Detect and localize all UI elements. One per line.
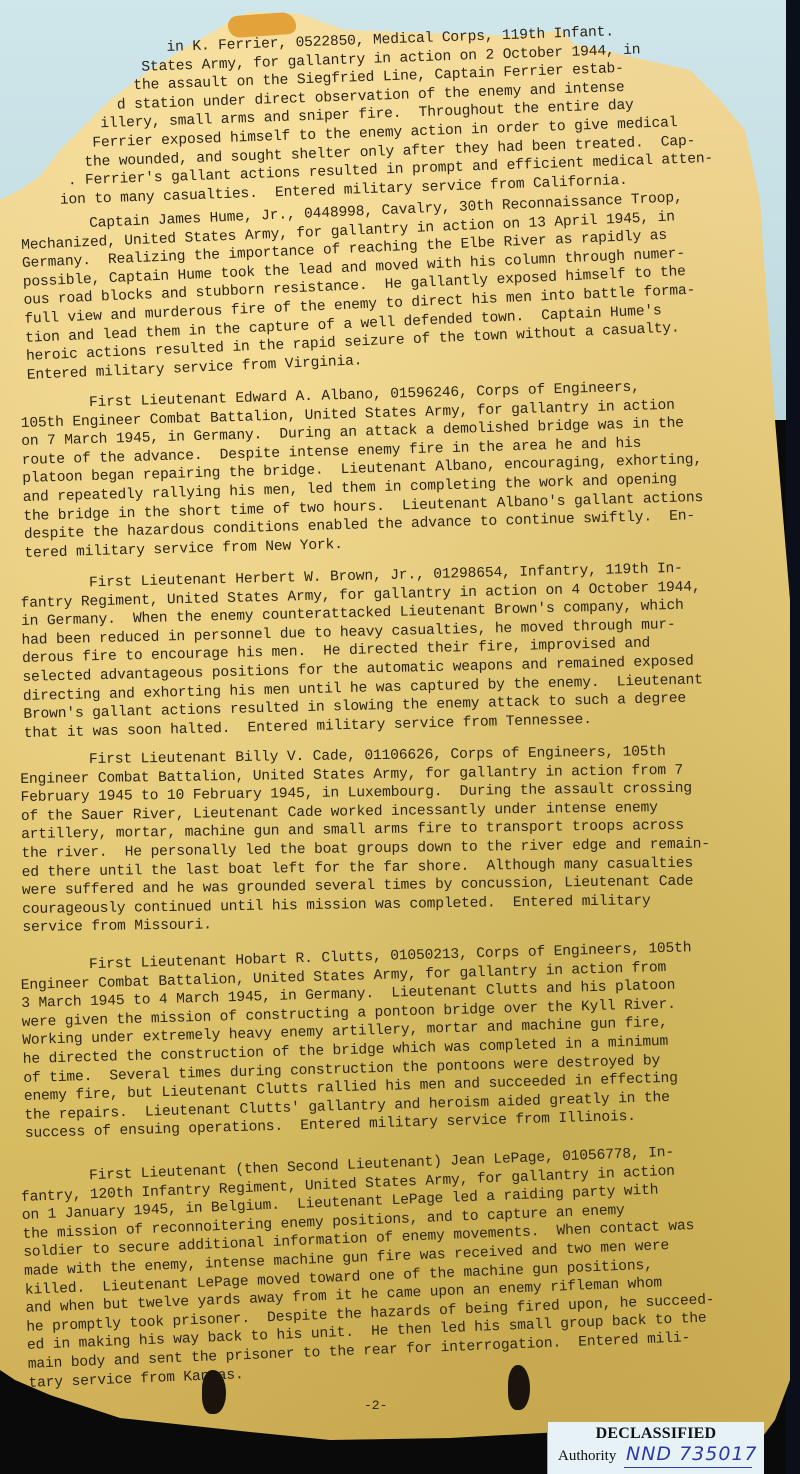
citation-paragraph-clutts: First Lieutenant Hobart R. Clutts, 01050… <box>20 937 770 1144</box>
citation-paragraph-lepage: First Lieutenant (then Second Lieutenant… <box>20 1140 773 1393</box>
citation-paragraph-hume: Captain James Hume, Jr., 0448998, Cavalr… <box>20 186 772 386</box>
punch-hole <box>508 1365 530 1410</box>
citation-paragraph-ferrier: in K. Ferrier, 0522850, Medical Corps, 1… <box>20 18 770 211</box>
citation-paragraph-albano: First Lieutenant Edward A. Albano, 01596… <box>20 375 769 563</box>
citation-paragraph-cade: First Lieutenant Billy V. Cade, 01106626… <box>20 742 768 938</box>
declassified-stamp: DECLASSIFIED Authority NND 735017 <box>547 1422 764 1474</box>
stamp-authority-value: NND 735017 <box>626 1443 758 1465</box>
page-number: -2- <box>364 1398 387 1413</box>
stamp-title: DECLASSIFIED <box>548 1425 764 1443</box>
stamp-authority-label: Authority <box>558 1448 616 1465</box>
stamp-signature-line <box>624 1467 752 1468</box>
citation-paragraph-brown: First Lieutenant Herbert W. Brown, Jr., … <box>20 558 769 743</box>
punch-hole <box>202 1370 226 1414</box>
